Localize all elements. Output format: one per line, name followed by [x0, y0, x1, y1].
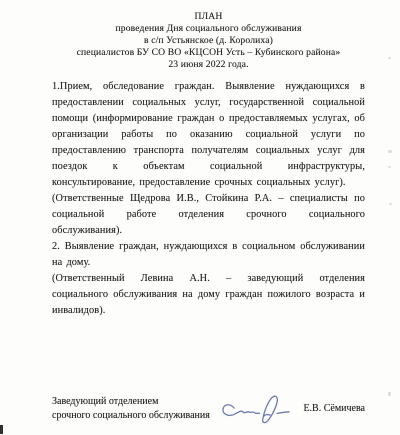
title-line-location: в с/п Устьянское (д. Королиха)	[52, 35, 365, 47]
body-paragraph-responsible-1: (Ответственные Щедрова И.В., Стойкина Р.…	[52, 191, 365, 239]
scan-edge-artifact	[388, 392, 391, 396]
scan-edge-artifact	[388, 166, 391, 168]
title-line-organization: специалистов БУ СО ВО «КЦСОН Усть – Куби…	[52, 47, 365, 59]
scan-edge-artifact	[389, 203, 392, 205]
scan-edge-artifact	[388, 150, 392, 153]
scan-edge-artifact	[388, 57, 391, 59]
signature-name: Е.В. Сёмичева	[303, 403, 365, 414]
title-line-date: 23 июня 2022 года.	[52, 59, 365, 71]
handwritten-signature	[219, 387, 297, 435]
body-paragraph-2: 2. Выявление граждан, нуждающихся в соци…	[52, 239, 365, 271]
signature-role: Заведующий отделением срочного социально…	[52, 395, 219, 423]
scanned-document-page: ПЛАН проведения Дня социального обслужив…	[0, 0, 400, 435]
signature-role-line-1: Заведующий отделением	[52, 395, 219, 409]
signature-block: Заведующий отделением срочного социально…	[52, 395, 365, 435]
signature-role-line-2: срочного социального обслуживания	[52, 409, 219, 423]
title-line-event: проведения Дня социального обслуживания	[52, 23, 365, 35]
body-paragraph-1: 1.Прием, обследование граждан. Выявление…	[52, 79, 365, 191]
document-body: 1.Прием, обследование граждан. Выявление…	[52, 79, 365, 319]
signature-ink-icon	[219, 387, 297, 431]
title-line-plan: ПЛАН	[52, 11, 365, 23]
body-paragraph-responsible-2: (Ответственный Левина А.Н. – заведующий …	[52, 271, 365, 319]
scan-corner-artifact	[0, 425, 3, 434]
document-title-block: ПЛАН проведения Дня социального обслужив…	[52, 11, 365, 71]
